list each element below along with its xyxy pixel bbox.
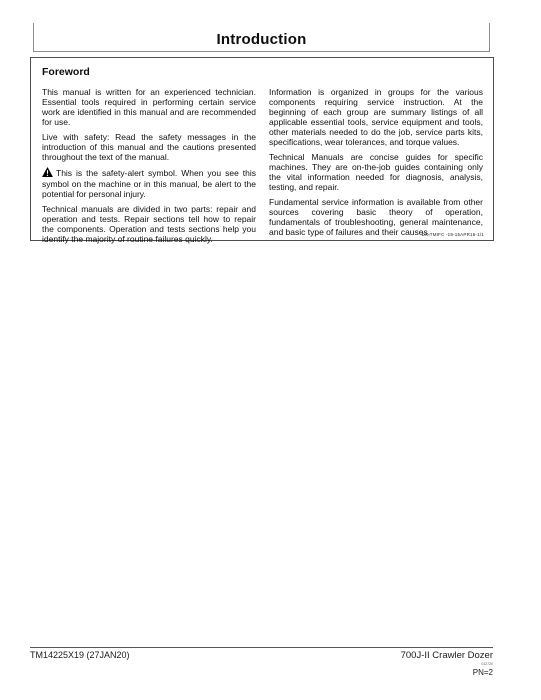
footer-model-name: 700J-II Crawler Dozer [401,650,493,661]
foreword-right-column: Information is organized in groups for t… [269,87,483,249]
paragraph: Fundamental service information is avail… [269,197,483,237]
foreword-left-column: This manual is written for an experience… [42,87,256,249]
paragraph-text: This is the safety-alert symbol. When yo… [42,168,256,199]
paragraph: Information is organized in groups for t… [269,87,483,147]
foreword-heading: Foreword [42,66,483,78]
footer-rule [30,647,493,648]
footer-page-number: PN=2 [473,668,493,677]
paragraph: This manual is written for an experience… [42,87,256,127]
footer-manual-number: TM14225X19 (27JAN20) [30,650,130,660]
manual-page: Introduction Foreword This manual is wri… [0,0,541,700]
safety-alert-icon [42,167,53,179]
footer-print-code: 012720 [481,662,493,666]
paragraph: Technical Manuals are concise guides for… [269,152,483,192]
page-title: Introduction [217,31,307,51]
paragraph: Technical manuals are divided in two par… [42,204,256,244]
paragraph: Live with safety: Read the safety messag… [42,132,256,162]
footer-right-block: 700J-II Crawler Dozer 012720 PN=2 [401,650,493,677]
header-bracket: Introduction [33,23,490,52]
foreword-columns: This manual is written for an experience… [42,87,483,249]
paragraph-safety-alert: This is the safety-alert symbol. When yo… [42,167,256,199]
reference-code: DX,TMIFC -19-15APR16-1/1 [422,232,484,237]
foreword-section: Foreword This manual is written for an e… [30,57,494,241]
